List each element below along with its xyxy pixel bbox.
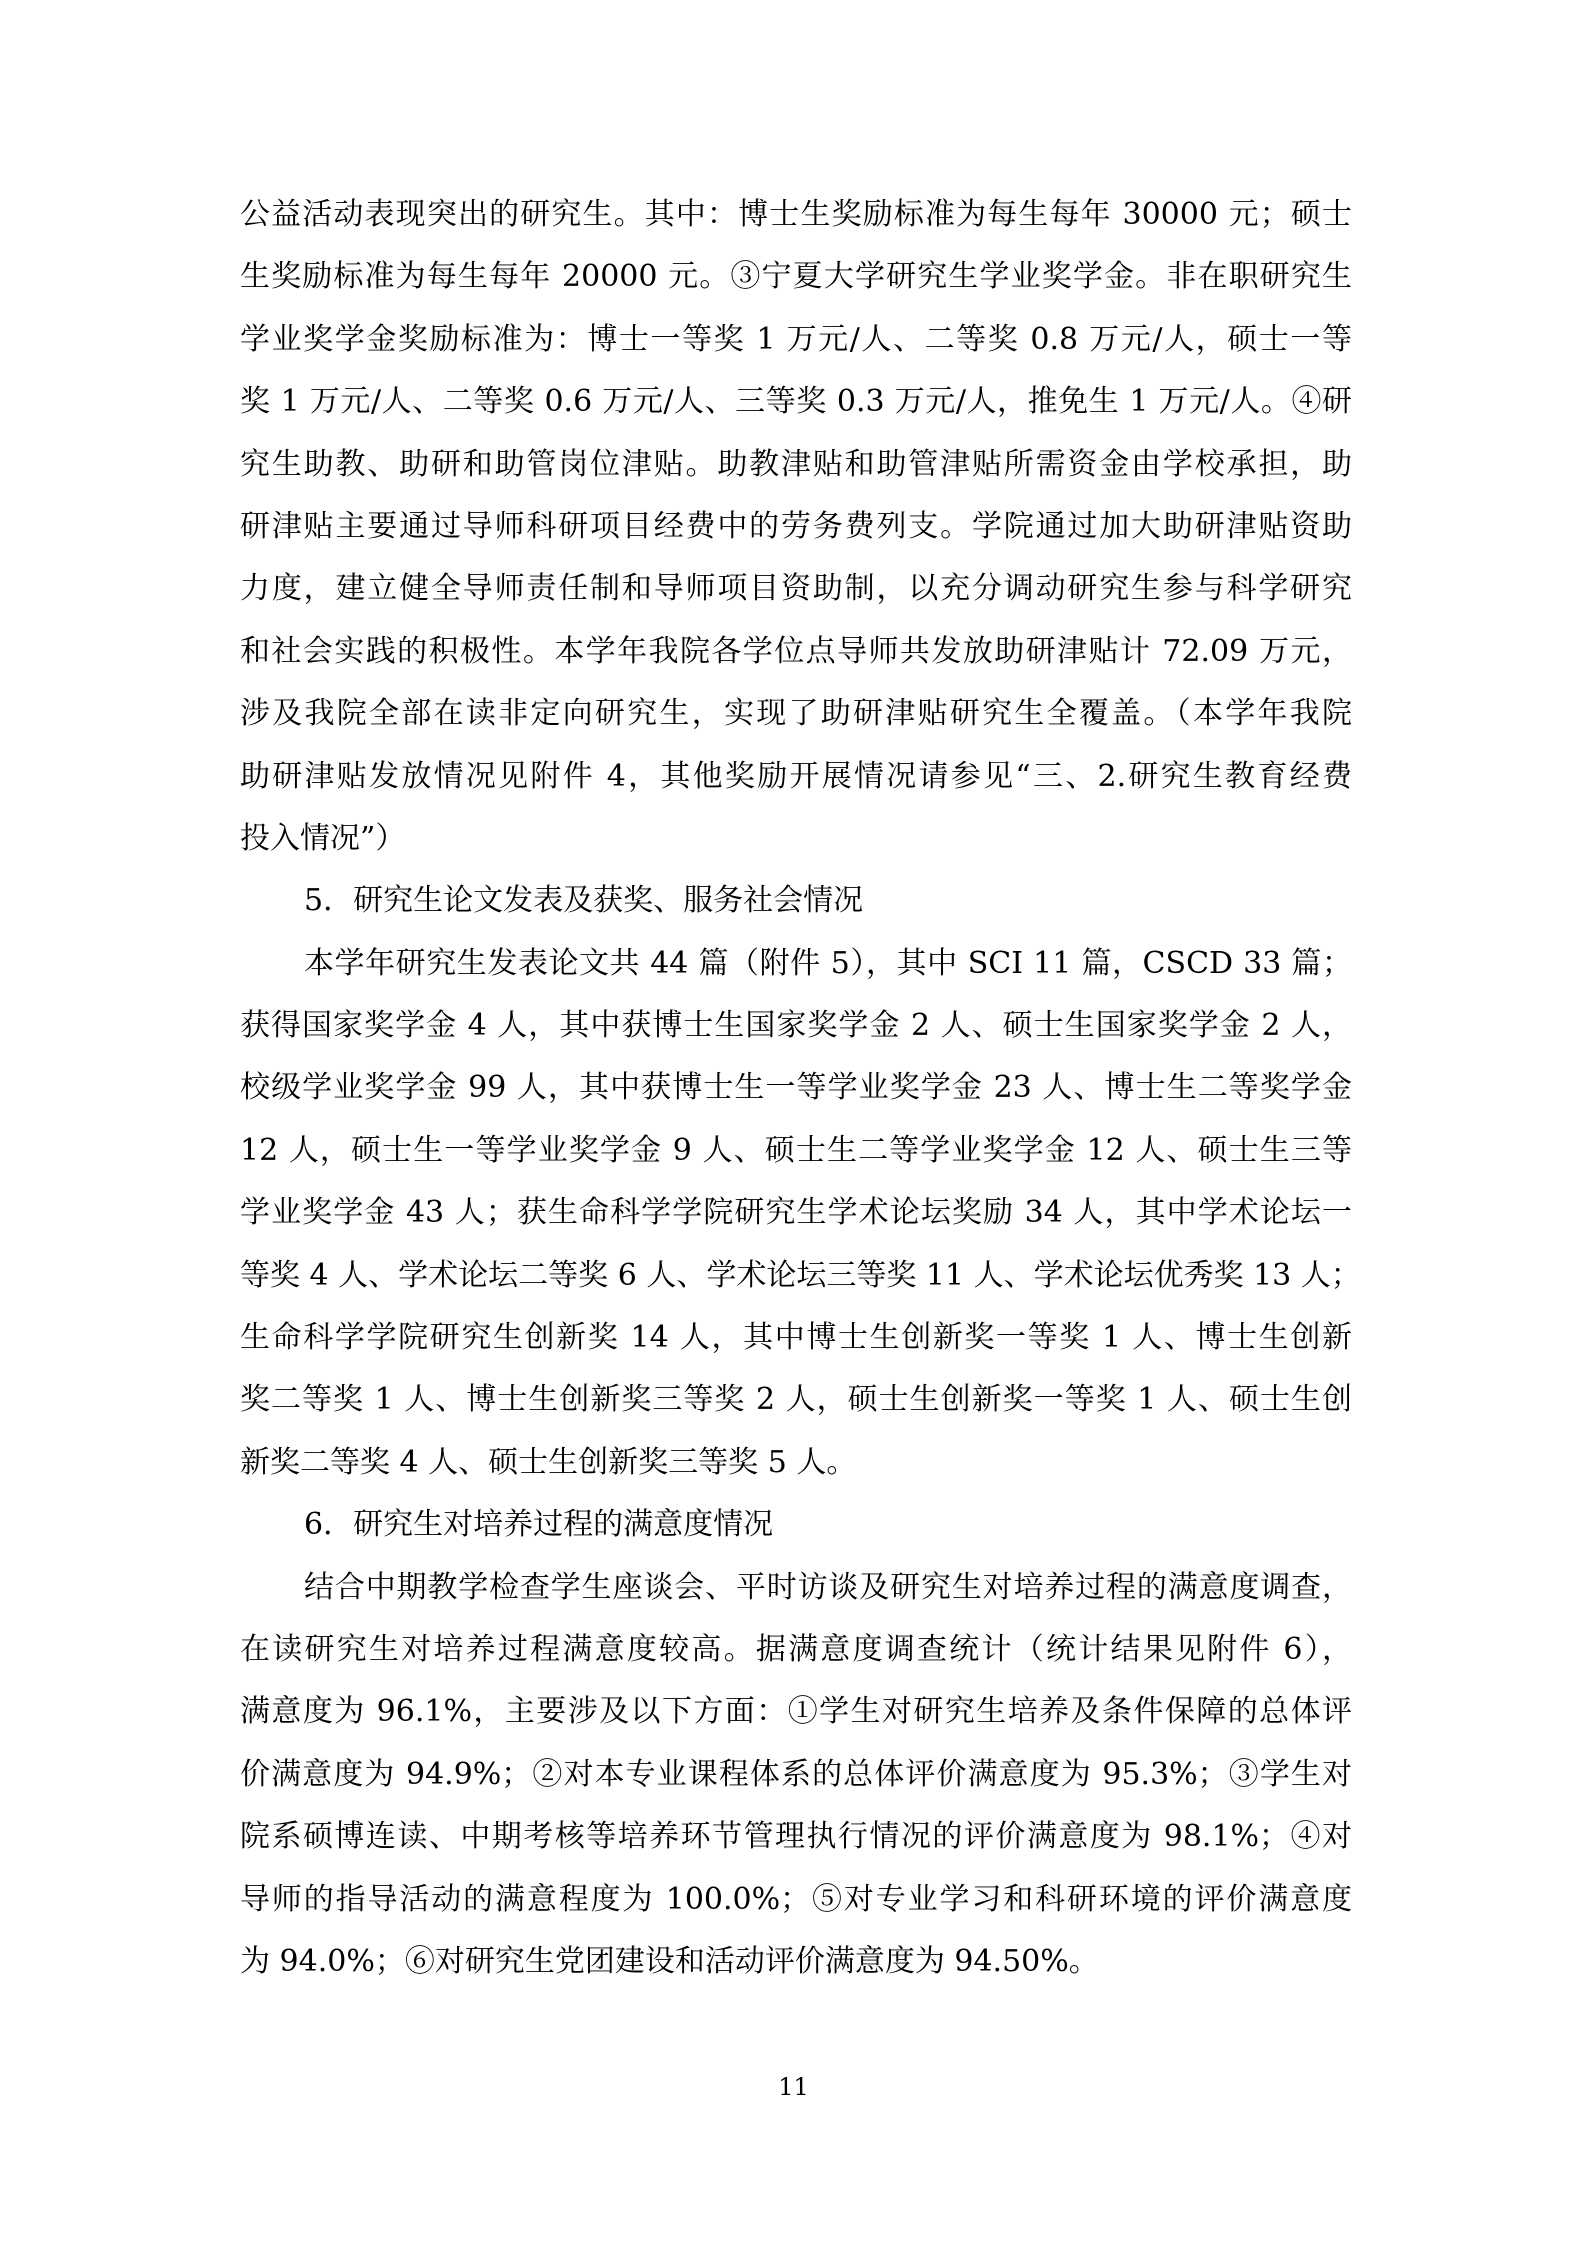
text-line: 结合中期教学检查学生座谈会、平时访谈及研究生对培养过程的满意度调查， — [240, 1557, 1352, 1619]
section-heading-6: 6．研究生对培养过程的满意度情况 — [240, 1494, 1352, 1556]
page-number: 11 — [0, 2072, 1587, 2102]
text-line: 校级学业奖学金 99 人，其中获博士生一等学业奖学金 23 人、博士生二等奖学金 — [240, 1057, 1352, 1119]
text-line: 为 94.0%；⑥对研究生党团建设和活动评价满意度为 94.50%。 — [240, 1931, 1352, 1993]
text-line: 奖 1 万元/人、二等奖 0.6 万元/人、三等奖 0.3 万元/人，推免生 1… — [240, 371, 1352, 433]
text-line: 学业奖学金奖励标准为：博士一等奖 1 万元/人、二等奖 0.8 万元/人，硕士一… — [240, 309, 1352, 371]
text-line: 12 人，硕士生一等学业奖学金 9 人、硕士生二等学业奖学金 12 人、硕士生三… — [240, 1120, 1352, 1182]
section-heading-5: 5．研究生论文发表及获奖、服务社会情况 — [240, 870, 1352, 932]
paragraph-satisfaction: 结合中期教学检查学生座谈会、平时访谈及研究生对培养过程的满意度调查， 在读研究生… — [240, 1557, 1352, 1994]
text-line: 满意度为 96.1%，主要涉及以下方面：①学生对研究生培养及条件保障的总体评 — [240, 1681, 1352, 1743]
text-line: 究生助教、助研和助管岗位津贴。助教津贴和助管津贴所需资金由学校承担，助 — [240, 434, 1352, 496]
text-line: 院系硕博连读、中期考核等培养环节管理执行情况的评价满意度为 98.1%；④对 — [240, 1806, 1352, 1868]
body-text: 公益活动表现突出的研究生。其中：博士生奖励标准为每生每年 30000 元；硕士 … — [240, 184, 1352, 1993]
text-line: 研津贴主要通过导师科研项目经费中的劳务费列支。学院通过加大助研津贴资助 — [240, 496, 1352, 558]
text-line: 奖二等奖 1 人、博士生创新奖三等奖 2 人，硕士生创新奖一等奖 1 人、硕士生… — [240, 1369, 1352, 1431]
document-page: 公益活动表现突出的研究生。其中：博士生奖励标准为每生每年 30000 元；硕士 … — [0, 0, 1587, 2245]
text-line: 获得国家奖学金 4 人，其中获博士生国家奖学金 2 人、硕士生国家奖学金 2 人… — [240, 995, 1352, 1057]
paragraph-scholarships: 公益活动表现突出的研究生。其中：博士生奖励标准为每生每年 30000 元；硕士 … — [240, 184, 1352, 870]
text-line: 助研津贴发放情况见附件 4，其他奖励开展情况请参见“三、2.研究生教育经费 — [240, 746, 1352, 808]
text-line: 学业奖学金 43 人；获生命科学学院研究生学术论坛奖励 34 人，其中学术论坛一 — [240, 1182, 1352, 1244]
text-line: 在读研究生对培养过程满意度较高。据满意度调查统计（统计结果见附件 6）， — [240, 1619, 1352, 1681]
text-line: 力度，建立健全导师责任制和导师项目资助制，以充分调动研究生参与科学研究 — [240, 558, 1352, 620]
text-line: 新奖二等奖 4 人、硕士生创新奖三等奖 5 人。 — [240, 1432, 1352, 1494]
text-line: 本学年研究生发表论文共 44 篇（附件 5），其中 SCI 11 篇，CSCD … — [240, 933, 1352, 995]
text-line: 公益活动表现突出的研究生。其中：博士生奖励标准为每生每年 30000 元；硕士 — [240, 184, 1352, 246]
text-line: 价满意度为 94.9%；②对本专业课程体系的总体评价满意度为 95.3%；③学生… — [240, 1744, 1352, 1806]
text-line: 等奖 4 人、学术论坛二等奖 6 人、学术论坛三等奖 11 人、学术论坛优秀奖 … — [240, 1245, 1352, 1307]
text-line: 生奖励标准为每生每年 20000 元。③宁夏大学研究生学业奖学金。非在职研究生 — [240, 246, 1352, 308]
text-line: 涉及我院全部在读非定向研究生，实现了助研津贴研究生全覆盖。（本学年我院 — [240, 683, 1352, 745]
text-line: 生命科学学院研究生创新奖 14 人，其中博士生创新奖一等奖 1 人、博士生创新 — [240, 1307, 1352, 1369]
paragraph-publications-awards: 本学年研究生发表论文共 44 篇（附件 5），其中 SCI 11 篇，CSCD … — [240, 933, 1352, 1495]
text-line: 导师的指导活动的满意程度为 100.0%；⑤对专业学习和科研环境的评价满意度 — [240, 1869, 1352, 1931]
text-line: 和社会实践的积极性。本学年我院各学位点导师共发放助研津贴计 72.09 万元， — [240, 621, 1352, 683]
text-line: 投入情况”） — [240, 808, 1352, 870]
